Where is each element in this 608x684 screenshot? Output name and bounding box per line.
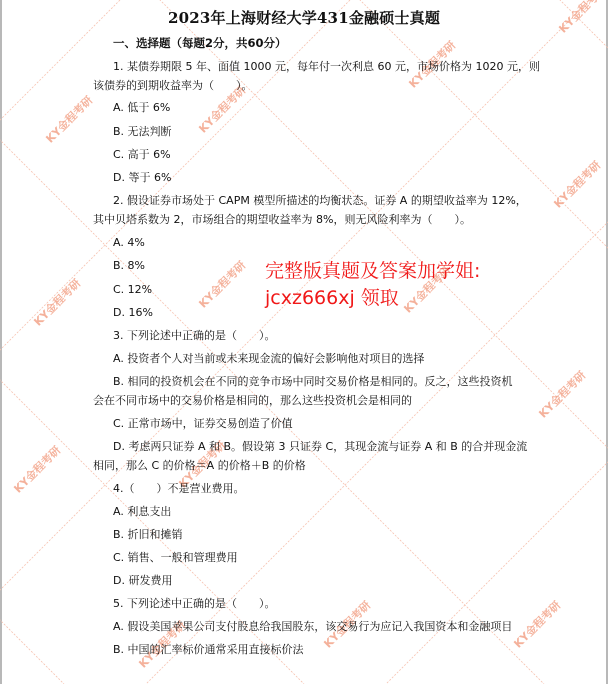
question-2-option-b: B. 8%: [113, 259, 145, 273]
question-2-option-c: C. 12%: [113, 283, 152, 297]
question-1-option-b: B. 无法判断: [113, 125, 172, 139]
question-5-stem: 5. 下列论述中正确的是（ ）。: [113, 597, 276, 611]
question-4-option-a: A. 利息支出: [113, 505, 171, 519]
question-3-option-b: B. 相同的投资机会在不同的竞争市场中同时交易价格是相同的。反之，这些投资机: [113, 375, 513, 389]
question-1-stem: 1. 某债券期限 5 年、面值 1000 元，每年付一次利息 60 元，市场价格…: [113, 60, 540, 74]
promo-overlay: 完整版真题及答案加学姐: jcxz666xj 领取: [265, 258, 480, 312]
question-4-option-c: C. 销售、一般和管理费用: [113, 551, 238, 565]
question-2-stem: 2. 假设证券市场处于 CAPM 模型所描述的均衡状态。证券 A 的期望收益率为…: [113, 194, 527, 208]
question-2-stem-cont: 其中贝塔系数为 2，市场组合的期望收益率为 8%，则无风险利率为（ ）。: [93, 213, 471, 227]
promo-line-1: 完整版真题及答案加学姐:: [265, 258, 480, 285]
document-title: 2023年上海财经大学431金融硕士真题: [0, 7, 608, 28]
question-3-option-d: D. 考虑两只证券 A 和 B。假设第 3 只证券 C，其现金流与证券 A 和 …: [113, 440, 527, 454]
question-4-option-b: B. 折旧和摊销: [113, 528, 183, 542]
question-1-option-a: A. 低于 6%: [113, 101, 170, 115]
question-1-stem-cont: 该债券的到期收益率为（ ）。: [93, 79, 253, 93]
question-4-stem: 4.（ ）不是营业费用。: [113, 482, 245, 496]
question-5-option-b: B. 中国的汇率标价通常采用直接标价法: [113, 643, 304, 657]
question-3-option-a: A. 投资者个人对当前或未来现金流的偏好会影响他对项目的选择: [113, 352, 424, 366]
question-3-option-b-cont: 会在不同市场中的交易价格是相同的，那么这些投资机会是相同的: [93, 394, 412, 408]
question-5-option-a: A. 假设美国苹果公司支付股息给我国股东，该交易行为应记入我国资本和金融项目: [113, 620, 512, 634]
question-3-option-d-cont: 相同，那么 C 的价格＝A 的价格＋B 的价格: [93, 459, 306, 473]
section-header: 一、选择题（每题2分，共60分）: [113, 35, 287, 51]
document-page: 2023年上海财经大学431金融硕士真题 一、选择题（每题2分，共60分） 1.…: [0, 0, 608, 684]
question-3-stem: 3. 下列论述中正确的是（ ）。: [113, 329, 276, 343]
question-1-option-d: D. 等于 6%: [113, 171, 171, 185]
question-2-option-a: A. 4%: [113, 236, 145, 250]
question-3-option-c: C. 正常市场中，证券交易创造了价值: [113, 417, 293, 431]
question-4-option-d: D. 研发费用: [113, 574, 172, 588]
question-1-option-c: C. 高于 6%: [113, 148, 171, 162]
promo-line-2: jcxz666xj 领取: [265, 285, 480, 312]
question-2-option-d: D. 16%: [113, 306, 153, 320]
